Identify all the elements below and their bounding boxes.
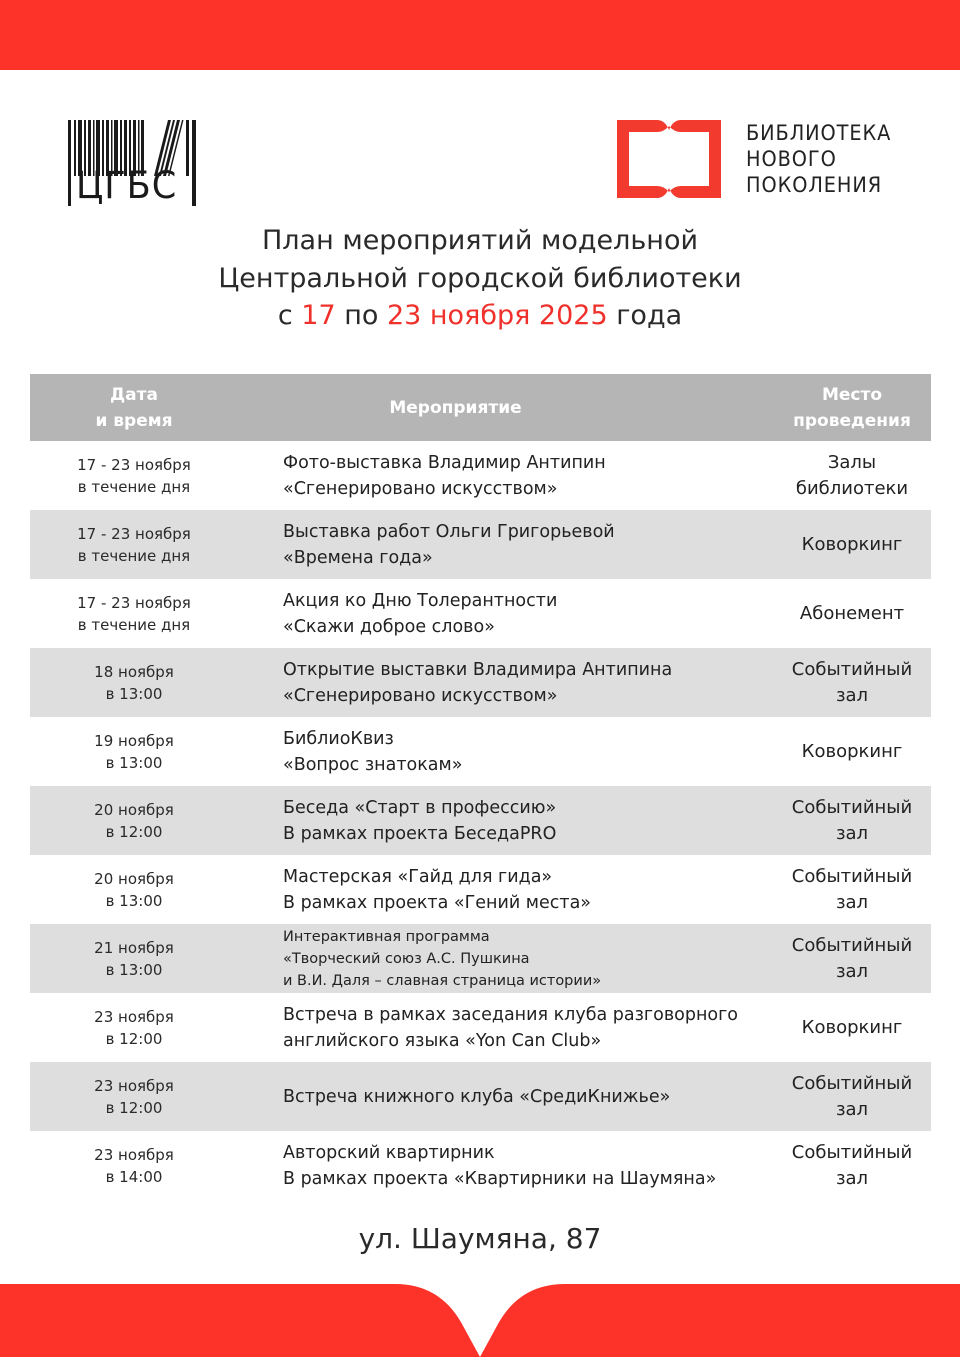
event-title-line: «Творческий союз А.С. Пушкина <box>283 948 530 970</box>
title-line-2: Центральной городской библиотеки <box>0 260 960 298</box>
table-row: 21 ноябряв 13:00Интерактивная программа«… <box>30 924 931 993</box>
event-place: Коворкинг <box>773 510 931 579</box>
event-date: 17 - 23 ноябряв течение дня <box>30 441 238 510</box>
event-title-line: английского языка «Yon Can Club» <box>283 1028 601 1054</box>
event-date: 18 ноябряв 13:00 <box>30 648 238 717</box>
logo-right-text: БИБЛИОТЕКА НОВОГО ПОКОЛЕНИЯ <box>746 120 891 198</box>
event-date-line: в течение дня <box>78 476 190 498</box>
event-place: Залыбиблиотеки <box>773 441 931 510</box>
table-row: 19 ноябряв 13:00БиблиоКвиз«Вопрос знаток… <box>30 717 931 786</box>
event-date-line: 23 ноября <box>94 1006 174 1028</box>
event-title: Беседа «Старт в профессию»В рамках проек… <box>238 786 773 855</box>
event-title: Встреча в рамках заседания клуба разгово… <box>238 993 773 1062</box>
event-place-line: зал <box>836 821 868 847</box>
event-date: 17 - 23 ноябряв течение дня <box>30 579 238 648</box>
event-date-line: в 13:00 <box>106 890 163 912</box>
event-place: Событийныйзал <box>773 1131 931 1200</box>
event-title: Открытие выставки Владимира Антипина«Сге… <box>238 648 773 717</box>
event-date-line: 23 ноября <box>94 1075 174 1097</box>
event-title-line: Акция ко Дню Толерантности <box>283 588 557 614</box>
event-place-line: Событийный <box>792 657 912 683</box>
event-title-line: «Вопрос знатокам» <box>283 752 462 778</box>
table-row: 23 ноябряв 12:00Встреча в рамках заседан… <box>30 993 931 1062</box>
table-row: 18 ноябряв 13:00Открытие выставки Владим… <box>30 648 931 717</box>
event-title-line: В рамках проекта БеседаPRO <box>283 821 556 847</box>
event-place-line: Коворкинг <box>802 739 903 765</box>
open-book-icon <box>617 120 721 198</box>
event-place: Событийныйзал <box>773 1062 931 1131</box>
event-date-line: в течение дня <box>78 545 190 567</box>
table-row: 23 ноябряв 14:00Авторский квартирникВ ра… <box>30 1131 931 1200</box>
event-title-line: В рамках проекта «Квартирники на Шаумяна… <box>283 1166 716 1192</box>
bottom-red-band <box>0 1284 960 1357</box>
event-date-line: в 12:00 <box>106 821 163 843</box>
event-place-line: библиотеки <box>796 476 908 502</box>
table-row: 17 - 23 ноябряв течение дняВыставка рабо… <box>30 510 931 579</box>
event-place: Событийныйзал <box>773 855 931 924</box>
events-table: Дата и время Мероприятие Место проведени… <box>30 374 931 1200</box>
event-date: 20 ноябряв 13:00 <box>30 855 238 924</box>
event-place: Событийныйзал <box>773 648 931 717</box>
event-place-line: зал <box>836 959 868 985</box>
event-date: 23 ноябряв 14:00 <box>30 1131 238 1200</box>
event-place-line: Коворкинг <box>802 1015 903 1041</box>
header-place-line-2: проведения <box>793 408 911 434</box>
event-place-line: зал <box>836 1166 868 1192</box>
table-row: 20 ноябряв 12:00Беседа «Старт в професси… <box>30 786 931 855</box>
event-date-line: 17 - 23 ноября <box>77 592 191 614</box>
top-red-band <box>0 0 960 70</box>
event-date: 23 ноябряв 12:00 <box>30 1062 238 1131</box>
event-title-line: В рамках проекта «Гений места» <box>283 890 591 916</box>
title-date-to: 23 ноября 2025 <box>387 300 608 331</box>
event-date-line: 18 ноября <box>94 661 174 683</box>
event-date-line: в 13:00 <box>106 752 163 774</box>
event-place-line: Абонемент <box>800 601 904 627</box>
event-title: Интерактивная программа«Творческий союз … <box>238 924 773 993</box>
table-row: 23 ноябряв 12:00Встреча книжного клуба «… <box>30 1062 931 1131</box>
page-title: План мероприятий модельной Центральной г… <box>0 222 960 335</box>
event-date-line: в 14:00 <box>106 1166 163 1188</box>
event-date: 21 ноябряв 13:00 <box>30 924 238 993</box>
logo-left-text: ЦГБС <box>76 166 177 206</box>
event-date-line: в течение дня <box>78 614 190 636</box>
table-header: Дата и время Мероприятие Место проведени… <box>30 374 931 441</box>
event-date: 20 ноябряв 12:00 <box>30 786 238 855</box>
event-title-line: «Сгенерировано искусством» <box>283 683 557 709</box>
event-title-line: «Времена года» <box>283 545 433 571</box>
event-title-line: Авторский квартирник <box>283 1140 495 1166</box>
event-title-line: «Скажи доброе слово» <box>283 614 495 640</box>
event-title: Выставка работ Ольги Григорьевой«Времена… <box>238 510 773 579</box>
event-title-line: Встреча книжного клуба «СредиКнижье» <box>283 1084 670 1110</box>
event-place-line: зал <box>836 890 868 916</box>
event-title-line: Фото-выставка Владимир Антипин <box>283 450 606 476</box>
table-row: 17 - 23 ноябряв течение дняАкция ко Дню … <box>30 579 931 648</box>
header-event: Мероприятие <box>238 374 773 441</box>
event-title: Авторский квартирникВ рамках проекта «Кв… <box>238 1131 773 1200</box>
event-place: Коворкинг <box>773 993 931 1062</box>
event-title: Встреча книжного клуба «СредиКнижье» <box>238 1062 773 1131</box>
event-place-line: Событийный <box>792 1071 912 1097</box>
title-line-1: План мероприятий модельной <box>0 222 960 260</box>
header-event-label: Мероприятие <box>389 395 521 421</box>
event-date-line: 19 ноября <box>94 730 174 752</box>
event-title-line: Встреча в рамках заседания клуба разгово… <box>283 1002 738 1028</box>
event-place-line: зал <box>836 683 868 709</box>
event-title-line: и В.И. Даля – славная страница истории» <box>283 970 601 992</box>
event-date-line: в 13:00 <box>106 959 163 981</box>
event-title-line: Беседа «Старт в профессию» <box>283 795 556 821</box>
event-title-line: Мастерская «Гайд для гида» <box>283 864 552 890</box>
event-date-line: 21 ноября <box>94 937 174 959</box>
event-place: Абонемент <box>773 579 931 648</box>
event-place-line: Залы <box>828 450 876 476</box>
table-row: 17 - 23 ноябряв течение дняФото-выставка… <box>30 441 931 510</box>
title-line-3: с 17 по 23 ноября 2025 года <box>0 297 960 335</box>
event-date-line: в 12:00 <box>106 1097 163 1119</box>
header-place-line-1: Место <box>822 382 882 408</box>
event-title: Мастерская «Гайд для гида»В рамках проек… <box>238 855 773 924</box>
event-title-line: Выставка работ Ольги Григорьевой <box>283 519 615 545</box>
event-date-line: 20 ноября <box>94 799 174 821</box>
event-place-line: Коворкинг <box>802 532 903 558</box>
event-place: Событийныйзал <box>773 786 931 855</box>
header-place: Место проведения <box>773 374 931 441</box>
event-date-line: 23 ноября <box>94 1144 174 1166</box>
header-date-line-2: и время <box>95 408 172 434</box>
logo-line-3: ПОКОЛЕНИЯ <box>746 172 891 198</box>
table-body: 17 - 23 ноябряв течение дняФото-выставка… <box>30 441 931 1200</box>
event-date: 19 ноябряв 13:00 <box>30 717 238 786</box>
title-date-from: 17 <box>301 300 335 331</box>
event-place-line: Событийный <box>792 864 912 890</box>
event-title: БиблиоКвиз«Вопрос знатокам» <box>238 717 773 786</box>
logo-line-2: НОВОГО <box>746 146 891 172</box>
event-title-line: БиблиоКвиз <box>283 726 394 752</box>
event-place: Коворкинг <box>773 717 931 786</box>
header-date: Дата и время <box>30 374 238 441</box>
event-title-line: «Сгенерировано искусством» <box>283 476 557 502</box>
event-date-line: в 12:00 <box>106 1028 163 1050</box>
event-place: Событийныйзал <box>773 924 931 993</box>
event-title-line: Открытие выставки Владимира Антипина <box>283 657 672 683</box>
event-date-line: 20 ноября <box>94 868 174 890</box>
event-title: Акция ко Дню Толерантности«Скажи доброе … <box>238 579 773 648</box>
title-prefix: с <box>278 300 301 331</box>
event-date-line: в 13:00 <box>106 683 163 705</box>
event-title: Фото-выставка Владимир Антипин«Сгенериро… <box>238 441 773 510</box>
title-suffix: года <box>608 300 683 331</box>
event-date: 23 ноябряв 12:00 <box>30 993 238 1062</box>
event-place-line: Событийный <box>792 1140 912 1166</box>
event-title-line: Интерактивная программа <box>283 926 490 948</box>
address: ул. Шаумяна, 87 <box>0 1222 960 1255</box>
title-mid: по <box>336 300 387 331</box>
event-place-line: Событийный <box>792 933 912 959</box>
event-date-line: 17 - 23 ноября <box>77 454 191 476</box>
logo-line-1: БИБЛИОТЕКА <box>746 120 891 146</box>
table-row: 20 ноябряв 13:00Мастерская «Гайд для гид… <box>30 855 931 924</box>
event-place-line: зал <box>836 1097 868 1123</box>
event-date: 17 - 23 ноябряв течение дня <box>30 510 238 579</box>
event-place-line: Событийный <box>792 795 912 821</box>
header-date-line-1: Дата <box>110 382 158 408</box>
event-date-line: 17 - 23 ноября <box>77 523 191 545</box>
